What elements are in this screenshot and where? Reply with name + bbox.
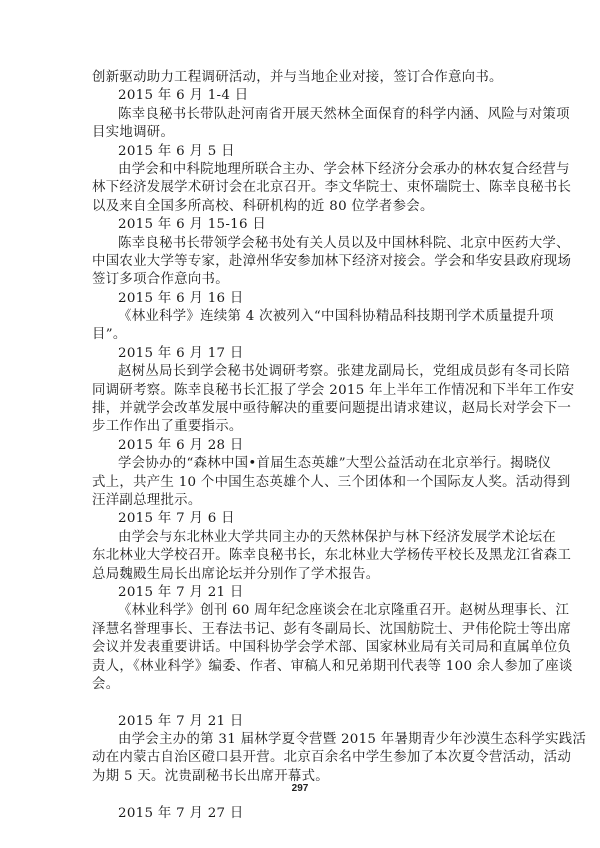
paragraph-line: 陈幸良秘书长带领学会秘书处有关人员以及中国林科院、北京中医药大学、 — [92, 235, 520, 253]
paragraph-line: 式上，共产生 10 个中国生态英雄个人、三个团体和一个国际友人奖。活动得到 — [92, 474, 520, 492]
entry-date: 2015 年 6 月 17 日 — [92, 345, 520, 363]
paragraph-line: 《林业科学》创刊 60 周年纪念座谈会在北京隆重召开。赵树丛理事长、江 — [92, 602, 520, 620]
entry-date: 2015 年 7 月 27 日 — [92, 805, 520, 823]
paragraph-line: 由学会与东北林业大学共同主办的天然林保护与林下经济发展学术论坛在 — [92, 529, 520, 547]
paragraph-line: 林下经济发展学术研讨会在北京召开。李文华院士、束怀瑞院士、陈幸良秘书长 — [92, 179, 520, 197]
entry-date: 2015 年 7 月 6 日 — [92, 510, 520, 528]
paragraph-line: 陈幸良秘书长带队赴河南省开展天然林全面保育的科学内涵、风险与对策项 — [92, 106, 520, 124]
paragraph-line: 汪洋副总理批示。 — [92, 492, 520, 510]
blank-line — [92, 694, 520, 712]
paragraph-line: 目”。 — [92, 326, 520, 344]
paragraph-line: 总局魏殿生局长出席论坛并分别作了学术报告。 — [92, 566, 520, 584]
paragraph-line: 动在内蒙古自治区磴口县开营。北京百余名中学生参加了本次夏令营活动，活动 — [92, 749, 520, 767]
paragraph-line: 步工作作出了重要指示。 — [92, 418, 520, 436]
paragraph-line: 中国农业大学等专家，赴漳州华安参加林下经济对接会。学会和华安县政府现场 — [92, 253, 520, 271]
entry-date: 2015 年 6 月 5 日 — [92, 143, 520, 161]
paragraph-line: 由学会主办的第 31 届林学夏令营暨 2015 年暑期青少年沙漠生态科学实践活 — [92, 731, 520, 749]
paragraph-line: 泽慧名誉理事长、王春法书记、彭有冬副局长、沈国舫院士、尹伟伦院士等出席 — [92, 621, 520, 639]
document-body: 创新驱动助力工程调研活动，并与当地企业对接，签订合作意向书。2015 年 6 月… — [92, 69, 520, 823]
paragraph-line: 创新驱动助力工程调研活动，并与当地企业对接，签订合作意向书。 — [92, 69, 520, 87]
paragraph-line: 赵树丛局长到学会秘书处调研考察。张建龙副局长，党组成员彭有冬司长陪 — [92, 363, 520, 381]
paragraph-line: 责人，《林业科学》编委、作者、审稿人和兄弟期刊代表等 100 余人参加了座谈 — [92, 658, 520, 676]
entry-date: 2015 年 6 月 16 日 — [92, 290, 520, 308]
entry-date: 2015 年 6 月 28 日 — [92, 437, 520, 455]
entry-date: 2015 年 7 月 21 日 — [92, 584, 520, 602]
entry-date: 2015 年 6 月 15-16 日 — [92, 216, 520, 234]
entry-date: 2015 年 6 月 1-4 日 — [92, 87, 520, 105]
paragraph-line: 会。 — [92, 676, 520, 694]
paragraph-line: 以及来自全国多所高校、科研机构的近 80 位学者参会。 — [92, 198, 520, 216]
paragraph-line: 排，并就学会改革发展中亟待解决的重要问题提出请求建议，赵局长对学会下一 — [92, 400, 520, 418]
paragraph-line: 会议并发表重要讲话。中国科协学会学术部、国家林业局有关司局和直属单位负 — [92, 639, 520, 657]
paragraph-line: 同调研考察。陈幸良秘书长汇报了学会 2015 年上半年工作情况和下半年工作安 — [92, 382, 520, 400]
paragraph-line: 学会协办的“森林中国•首届生态英雄”大型公益活动在北京举行。揭晓仪 — [92, 455, 520, 473]
page-number: 297 — [0, 783, 600, 794]
paragraph-line: 东北林业大学校召开。陈幸良秘书长，东北林业大学杨传平校长及黑龙江省森工 — [92, 547, 520, 565]
paragraph-line: 签订多项合作意向书。 — [92, 271, 520, 289]
paragraph-line: 《林业科学》连续第 4 次被列入“中国科协精品科技期刊学术质量提升项 — [92, 308, 520, 326]
paragraph-line: 目实地调研。 — [92, 124, 520, 142]
paragraph-line: 由学会和中科院地理所联合主办、学会林下经济分会承办的林农复合经营与 — [92, 161, 520, 179]
entry-date: 2015 年 7 月 21 日 — [92, 713, 520, 731]
